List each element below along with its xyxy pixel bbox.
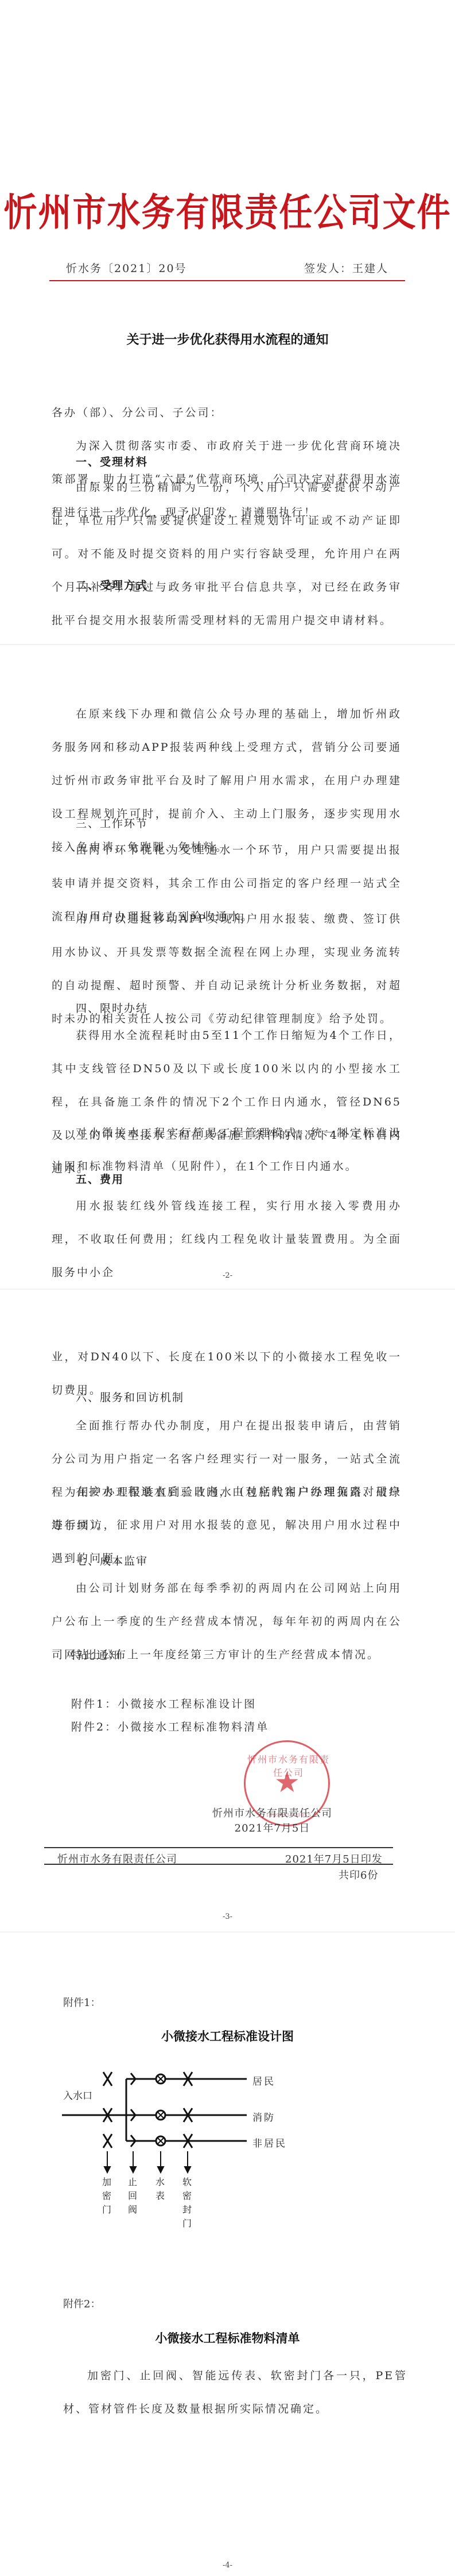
notice-title: 关于进一步优化获得用水流程的通知 bbox=[0, 330, 455, 348]
section-3-paragraph-2: 用户可以通过移动APP实现用户用水报装、缴费、签订供用水协议、开具发票等数据全流… bbox=[52, 902, 402, 1035]
signature-block: 忻州市水务有限责任公司 2021年7月5日 bbox=[212, 1805, 332, 1835]
page-number-2: -2- bbox=[0, 1271, 455, 1280]
page-number-3: -3- bbox=[0, 1912, 455, 1921]
component-label-water-meter: 水表 bbox=[155, 2175, 166, 2203]
component-label-soft-seal-valve: 软密封门 bbox=[182, 2175, 193, 2230]
document-number: 忻水务〔2021〕20号 bbox=[66, 260, 187, 276]
sign-date: 2021年7月5日 bbox=[212, 1820, 332, 1835]
signer: 签发人：王建人 bbox=[304, 260, 388, 276]
branch-label-nonresidential: 非居民 bbox=[252, 2135, 287, 2150]
attachment2-body: 加密门、止回阀、智能远传表、软密封门各一只，PE管材、管材管件长度及数量根据所实… bbox=[63, 2359, 407, 2426]
attachment2-title: 小微接水工程标准物料清单 bbox=[0, 2329, 455, 2346]
page-break bbox=[0, 1931, 455, 1933]
footer-bottom-rule bbox=[44, 1864, 393, 1865]
attachment1-label: 附件1： bbox=[63, 1995, 100, 2009]
footer-copies: 共印6份 bbox=[339, 1867, 378, 1882]
section-heading-3: 三、工作环节 bbox=[76, 815, 148, 831]
component-label-check-valve: 止回阀 bbox=[128, 2175, 138, 2217]
red-divider bbox=[49, 280, 405, 281]
page-break bbox=[0, 644, 455, 645]
attachment-ref-2: 附件2：小微接水工程标准物料清单 bbox=[71, 1710, 421, 1744]
attachment2-label: 附件2： bbox=[63, 2296, 100, 2311]
star-icon: ★ bbox=[274, 1768, 300, 1797]
footer-top-rule bbox=[44, 1847, 393, 1848]
closing: 特此通知 bbox=[71, 1639, 421, 1672]
org-red-header: 忻州市水务有限责任公司文件 bbox=[0, 181, 455, 237]
addressee: 各办（部）、分公司、子公司： bbox=[52, 396, 402, 429]
component-label-gate-valve: 加密门 bbox=[102, 2175, 112, 2217]
section-heading-5: 五、费用 bbox=[76, 1171, 124, 1186]
section-heading-1: 一、受理材料 bbox=[76, 453, 148, 469]
page-break bbox=[0, 1289, 455, 1290]
section-heading-2: 二、受理方式 bbox=[76, 577, 148, 592]
section-heading-4: 四、限时办结 bbox=[76, 1000, 148, 1015]
sign-org: 忻州市水务有限责任公司 bbox=[212, 1805, 332, 1820]
page-number-4: -4- bbox=[0, 2561, 455, 2570]
attachment1-title: 小微接水工程标准设计图 bbox=[0, 2027, 455, 2044]
water-connection-diagram bbox=[57, 2066, 379, 2244]
branch-label-residential: 居民 bbox=[252, 2073, 275, 2088]
inlet-label: 入水口 bbox=[63, 2088, 92, 2102]
branch-label-fire: 消防 bbox=[252, 2109, 275, 2124]
section-heading-7: 七、成本监审 bbox=[76, 1553, 148, 1568]
section-1-paragraph: 由原来的三份精简为一份，个人用户只需要提供不动产证，单位用户只需要提供建设工程规… bbox=[52, 471, 402, 637]
section-heading-6: 六、服务和回访机制 bbox=[76, 1389, 184, 1405]
